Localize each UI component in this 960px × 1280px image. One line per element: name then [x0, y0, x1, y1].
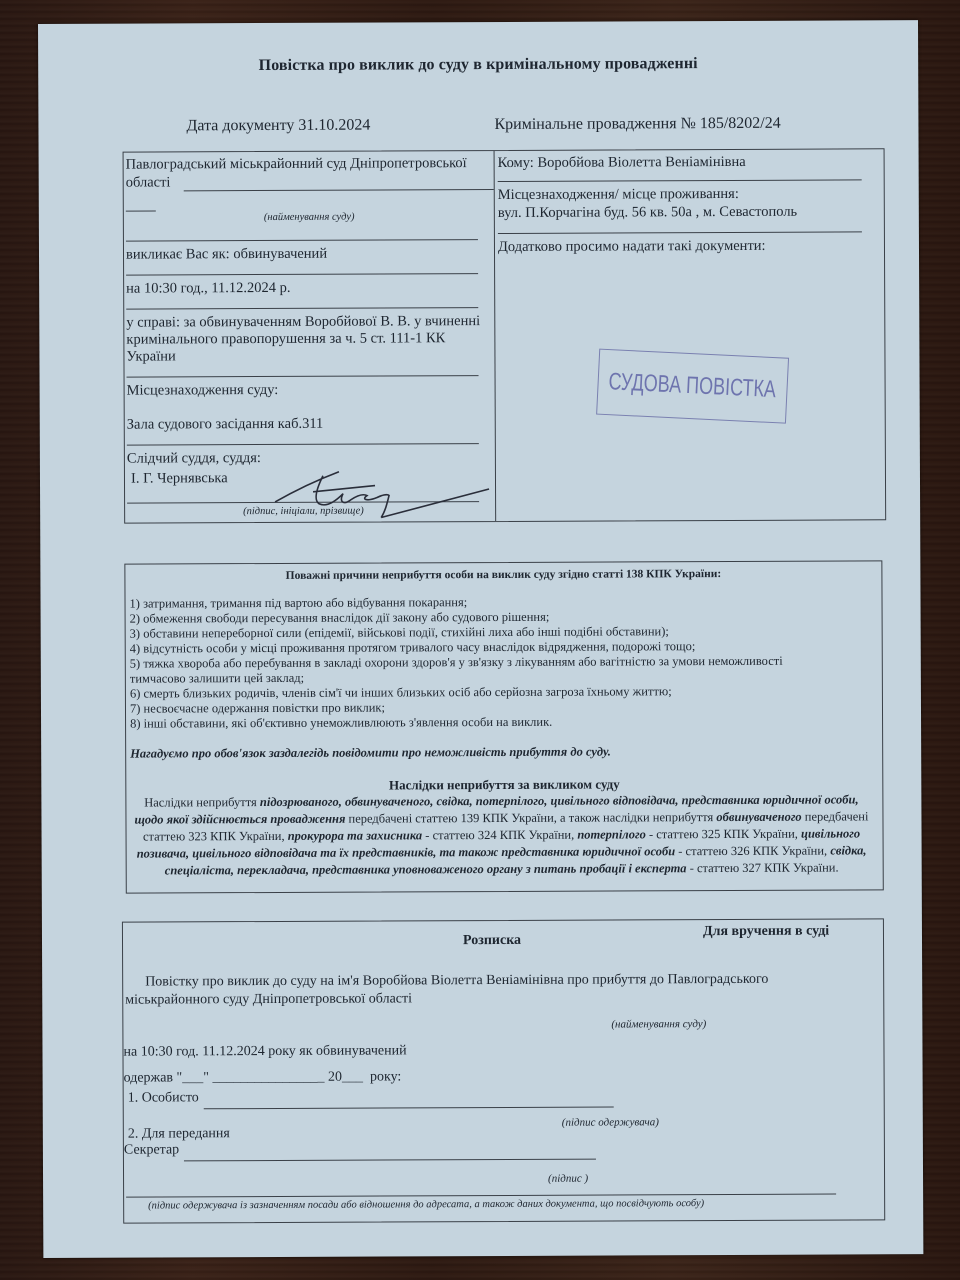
- court-name-line1: Павлоградський міськрайонний суд Дніпроп…: [126, 155, 467, 173]
- consequences-fragment: - статтею 327 КПК України.: [687, 861, 839, 876]
- secretary-signature-line: [184, 1159, 596, 1162]
- address-value: вул. П.Корчагіна буд. 56 кв. 50а , м. Се…: [498, 204, 797, 222]
- court-summons-document: Повістка про виклик до суду в кримінальн…: [38, 20, 923, 1258]
- reason-item: 8) інші обставини, які об'єктивно унемож…: [130, 713, 874, 731]
- recipient-name: Кому: Воробйова Віолетта Веніамінівна: [498, 154, 746, 172]
- received-date-field: одержав "___" ________________ 20___ рок…: [124, 1069, 402, 1086]
- judge-label: Слідчий суддя, суддя:: [127, 450, 261, 468]
- receipt-line2: міськрайонного суду Дніпропетровської об…: [125, 991, 412, 1008]
- footer-line: [126, 1194, 836, 1198]
- underline: [184, 189, 494, 191]
- personally-label: 1. Особисто: [128, 1090, 199, 1106]
- consequences-emphasis: прокурора та захисника: [288, 828, 422, 843]
- underline: [127, 443, 479, 446]
- underline: [498, 231, 862, 234]
- case-number: Кримінальне провадження № 185/8202/24: [494, 115, 780, 134]
- underline: [126, 239, 478, 242]
- signature-note: (підпис ): [548, 1173, 588, 1185]
- footer-note: (підпис одержувача із зазначенням посади…: [148, 1198, 704, 1211]
- consequences-fragment: - статтею 326 КПК України,: [675, 844, 830, 859]
- receipt-line1: Повістку про виклик до суду на ім'я Воро…: [145, 972, 768, 991]
- recipient-sign-note: (підпис одержувача): [562, 1116, 659, 1128]
- valid-reasons-box: Поважні причини неприбуття особи на викл…: [124, 560, 883, 893]
- reminder-text: Нагадуємо про обов'язок заздалегідь пові…: [130, 745, 611, 762]
- judge-name: І. Г. Чернявська: [131, 470, 228, 487]
- reasons-title: Поважні причини неприбуття особи на викл…: [125, 567, 881, 582]
- underline: [126, 307, 478, 310]
- document-date: Дата документу 31.10.2024: [186, 117, 370, 136]
- underline: [127, 375, 479, 378]
- underline: [126, 273, 478, 276]
- consequences-emphasis: обвинуваченого: [716, 810, 801, 824]
- case-description-line1: у справі: за обвинуваченням Воробйової В…: [126, 313, 480, 332]
- receipt-line3: на 10:30 год. 11.12.2024 року як обвинув…: [123, 1043, 406, 1060]
- consequences-fragment: - статтею 324 КПК України,: [422, 828, 577, 843]
- signature-note: (підпис, ініціали, прізвище): [243, 506, 364, 518]
- summons-table: Павлоградський міськрайонний суд Дніпроп…: [123, 148, 887, 523]
- consequences-fragment: передбачені статтею 139 КПК України, а т…: [345, 810, 716, 826]
- underline: [498, 179, 862, 182]
- consequences-text: Наслідки неприбуття підозрюваного, обвин…: [130, 791, 872, 879]
- receipt-court-note: (найменування суду): [611, 1018, 706, 1030]
- documents-request-label: Додатково просимо надати такі документи:: [498, 238, 766, 256]
- consequences-fragment: Наслідки неприбуття: [144, 795, 260, 810]
- case-description-line3: України: [126, 348, 175, 365]
- receipt-title: Розписка: [463, 933, 521, 949]
- document-title: Повістка про виклик до суду в кримінальн…: [38, 54, 918, 76]
- court-name-line2: області: [126, 174, 171, 191]
- receipt-box: Розписка Для вручення в суді Повістку пр…: [122, 918, 885, 1223]
- court-location-value: Зала судового засідання каб.311: [127, 416, 324, 434]
- address-label: Місцезнаходження/ місце проживання:: [498, 186, 739, 204]
- consequences-fragment: - статтею 325 КПК України,: [646, 827, 801, 842]
- secretary-label: Секретар: [124, 1142, 179, 1158]
- for-transfer-label: 2. Для передання: [128, 1126, 230, 1142]
- court-location-label: Місцезнаходження суду:: [127, 382, 279, 400]
- personally-signature-line: [204, 1106, 614, 1109]
- summons-role: викликає Вас як: обвинувачений: [126, 246, 327, 264]
- underline: [126, 210, 156, 211]
- hearing-datetime: на 10:30 год., 11.12.2024 р.: [126, 280, 290, 298]
- column-divider: [494, 151, 497, 521]
- case-description-line2: кримінального правопорушення за ч. 5 ст.…: [126, 330, 445, 348]
- stamp-text: СУДОВА ПОВІСТКА: [608, 368, 777, 404]
- court-summons-stamp: СУДОВА ПОВІСТКА: [596, 349, 789, 424]
- for-court-label: Для вручення в суді: [703, 924, 829, 941]
- reasons-list: 1) затримання, тримання під вартою або в…: [129, 593, 874, 731]
- court-name-note: (найменування суду): [264, 212, 355, 223]
- consequences-emphasis: потерпілого: [577, 827, 646, 841]
